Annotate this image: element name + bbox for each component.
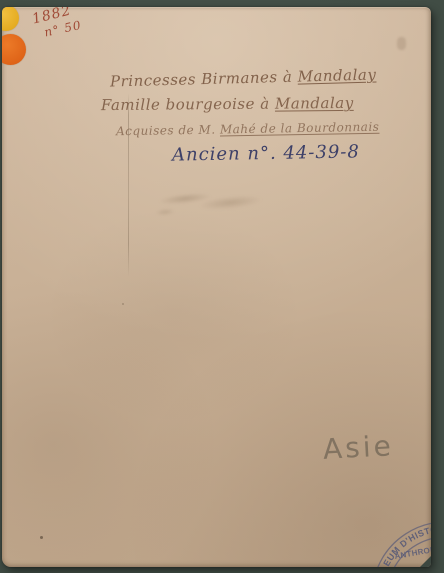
ink-ghost-smudge	[149, 179, 270, 223]
museum-stamp: EUM D'HISTOIR ANTHROPOL	[291, 455, 431, 567]
paper-smudge	[397, 37, 406, 50]
paper-crease	[128, 93, 129, 277]
stamp-arc-text: EUM D'HISTOIR	[381, 523, 431, 567]
svg-text:EUM D'HISTOIR: EUM D'HISTOIR	[381, 523, 431, 567]
inscription-line-3-text: Acquises de M.	[116, 122, 220, 138]
scan-background: 1882 n° 50 Princesses Birmanes à Mandala…	[0, 0, 444, 573]
inscription-line-3: Acquises de M. Mahé de la Bourdonnais	[116, 120, 380, 139]
photo-card-verso: 1882 n° 50 Princesses Birmanes à Mandala…	[2, 7, 431, 567]
paper-speck	[40, 536, 43, 539]
inscription-line-4: Ancien n°. 44-39-8	[172, 141, 360, 165]
inscription-line-2-underlined: Mandalay	[275, 94, 354, 113]
inscription-line-1: Princesses Birmanes à Mandalay	[110, 66, 377, 91]
yellow-dot-sticker	[2, 7, 19, 31]
inscription-line-1-underlined: Mandalay	[297, 66, 376, 86]
paper-speck	[122, 303, 124, 305]
inscription-line-3-underlined: Mahé de la Bourdonnais	[220, 120, 380, 137]
inscription-line-1-text: Princesses Birmanes à	[110, 68, 298, 91]
corner-annotation: 1882 n° 50	[32, 7, 72, 37]
inscription-line-2: Famille bourgeoise à Mandalay	[101, 94, 354, 114]
orange-dot-sticker	[2, 34, 26, 65]
